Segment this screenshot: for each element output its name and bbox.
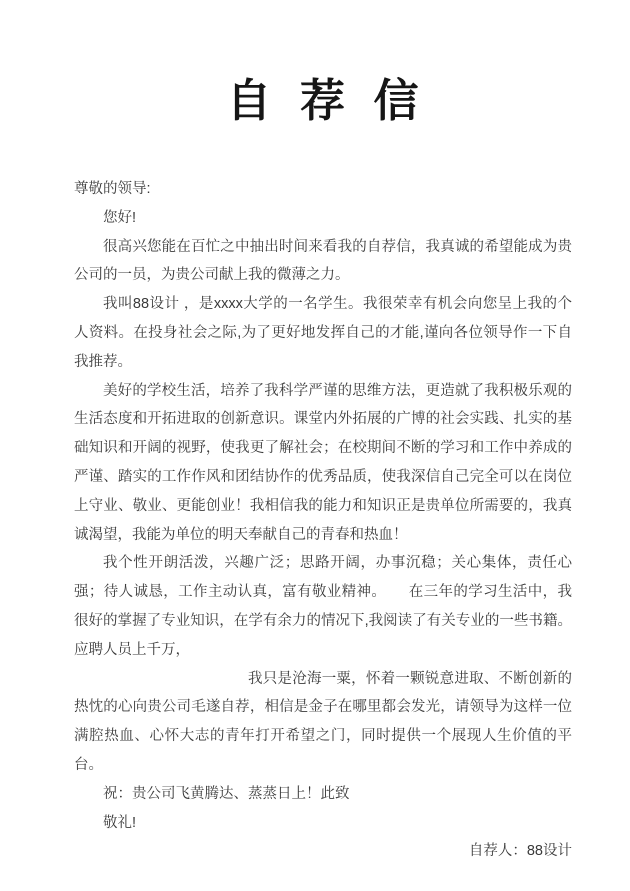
paragraph-greeting: 您好! [74, 204, 572, 233]
letter-page: 自 荐 信 尊敬的领导: 您好! 很高兴您能在百忙之中抽出时间来看我的自荐信，我… [0, 0, 630, 891]
paragraph-salute: 敬礼! [74, 809, 572, 838]
letter-body: 尊敬的领导: 您好! 很高兴您能在百忙之中抽出时间来看我的自荐信，我真诚的希望能… [74, 175, 572, 866]
signature: 自荐人：88设计 [74, 837, 572, 866]
paragraph-well-wishes: 祝：贵公司飞黄腾达、蒸蒸日上！此致 [74, 780, 572, 809]
salutation: 尊敬的领导: [74, 175, 572, 204]
paragraph-self-introduction: 我叫88设计 ，是xxxx大学的一名学生。我很荣幸有机会向您呈上我的个人资料。在… [74, 290, 572, 376]
paragraph-personality: 我个性开朗活泼，兴趣广泛；思路开阔，办事沉稳；关心集体，责任心强；待人诚恳，工作… [74, 549, 572, 664]
letter-title: 自 荐 信 [74, 78, 572, 123]
paragraph-self-recommendation: 我只是沧海一粟，怀着一颗锐意进取、不断创新的热忱的心向贵公司毛遂自荐，相信是金子… [74, 665, 572, 780]
paragraph-opening: 很高兴您能在百忙之中抽出时间来看我的自荐信，我真诚的希望能成为贵公司的一员，为贵… [74, 233, 572, 291]
paragraph-school-life: 美好的学校生活，培养了我科学严谨的思维方法，更造就了我积极乐观的生活态度和开拓进… [74, 377, 572, 550]
